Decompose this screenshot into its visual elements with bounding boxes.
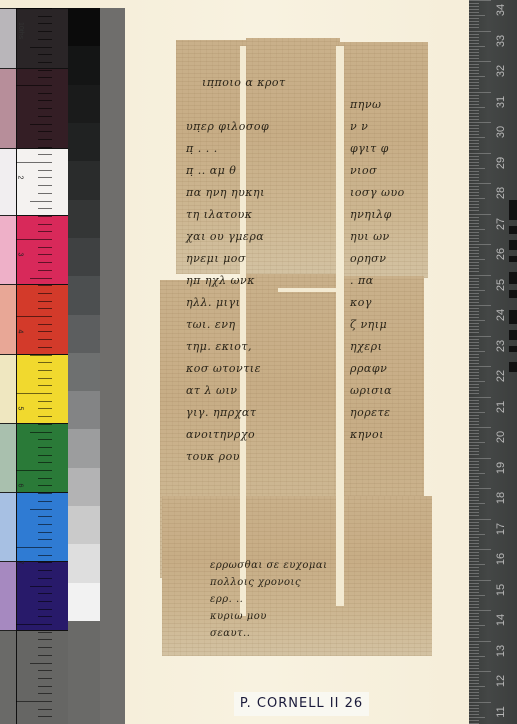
pastel-swatch [0,423,16,492]
pastel-color-column [0,8,16,724]
ruler-tick [469,418,479,419]
grayscale-step [68,85,100,124]
ruler-tick [469,70,479,71]
ruler-tick [469,92,491,93]
ruler-number: 13 [495,641,507,661]
ruler-tick [469,683,479,684]
ruler-tick [469,674,479,675]
ruler-tick [469,390,479,391]
ruler-tick [469,284,479,285]
ruler-tick [469,296,479,297]
ruler-tick [469,637,479,638]
ruler-tick [469,442,485,443]
ruler-tick [469,37,479,38]
ruler-tick [469,128,479,129]
ruler-tick [469,64,479,65]
ruler-tick [469,360,479,361]
papyrus-bottom-section [162,496,432,656]
ruler-tick [469,366,491,367]
saturated-swatch [16,68,68,148]
ruler-tick [469,210,479,211]
ruler-tick [469,381,485,382]
saturated-swatch [16,148,68,215]
ruler-tick [469,528,479,529]
grayscale-step [68,468,100,507]
grayscale-step [68,391,100,430]
ruler-number: 31 [495,92,507,112]
pastel-swatch [0,215,16,284]
ruler-number: 32 [495,61,507,81]
ruler-tick [469,375,479,376]
grayscale-step [68,8,100,47]
grayscale-step [68,429,100,468]
ruler-tick [469,323,479,324]
ruler-tick [469,311,479,312]
ruler-tick [469,229,485,230]
ruler-tick [469,372,479,373]
ruler-tick [469,226,479,227]
ruler-tick [469,250,479,251]
ruler-tick [469,207,479,208]
ruler-tick [469,275,491,276]
ruler-number: 33 [495,31,507,51]
pastel-swatch [0,8,16,68]
ruler-tick [469,18,479,19]
handwritten-line: τωι. ενη [186,318,236,331]
ruler-tick [469,198,485,199]
ruler-tick [469,415,479,416]
ruler-marking [509,200,517,220]
ruler-tick [469,293,479,294]
ruler-tick [469,67,479,68]
ruler-tick [469,305,491,306]
ruler-number: 18 [495,488,507,508]
ruler-tick [469,616,479,617]
ruler-number: 16 [495,549,507,569]
ruler-number: 27 [495,214,507,234]
ruler-number: 30 [495,122,507,142]
ruler-tick [469,378,479,379]
ruler-tick [469,589,479,590]
handwritten-closing-line: κυριω μου [210,611,267,622]
papyrus-gap-right [336,46,344,606]
ruler-tick [469,43,479,44]
ruler-tick [469,204,479,205]
ruler-tick [469,369,479,370]
ruler-tick [469,174,479,175]
ruler-tick [469,564,485,565]
ruler-tick [469,332,479,333]
ruler-tick [469,543,479,544]
ruler-tick [469,515,479,516]
ruler-tick [469,55,479,56]
handwritten-line: ν ν [350,120,368,133]
handwritten-line: ιοσγ ωυο [350,186,405,199]
ruler-tick [469,409,479,410]
ruler-tick [469,494,479,495]
ruler-tick [469,412,485,413]
ruler-marking [509,240,517,250]
ruler-number: 17 [495,519,507,539]
ruler-tick [469,613,479,614]
ruler-tick [469,711,479,712]
ruler-marking [509,256,517,262]
ruler-tick [469,339,479,340]
ruler-tick [469,140,479,141]
handwritten-line: κοσ ωτοντιε [186,362,261,375]
ruler-tick [469,531,479,532]
ruler-tick [469,73,479,74]
ruler-tick [469,653,479,654]
ruler-tick [469,357,479,358]
ruler-tick [469,619,479,620]
ruler-tick [469,363,479,364]
handwritten-closing-line: σεαυτ.. [210,628,250,639]
ruler-tick [469,308,479,309]
ruler-tick [469,610,491,611]
gray-card [100,8,125,724]
ruler-tick [469,512,479,513]
ruler-number: 21 [495,397,507,417]
pastel-swatch [0,492,16,561]
pastel-swatch [0,148,16,215]
handwritten-line: ιπ̣ποιο α κροτ [202,76,286,89]
ruler-tick [469,397,491,398]
ruler-tick [469,387,479,388]
ruler-tick [469,268,479,269]
ruler-tick [469,143,479,144]
ruler-tick [469,692,479,693]
ruler-number: 12 [495,671,507,691]
ruler-tick [469,302,479,303]
grayscale-step [68,161,100,200]
ruler-tick [469,567,479,568]
ruler-tick [469,61,491,62]
ruler-tick [469,583,479,584]
grayscale-step [68,238,100,277]
ruler-tick [469,186,479,187]
ruler-tick [469,287,479,288]
handwritten-line: ηορετε [350,406,391,419]
handwritten-closing-line: πολλοις χρονοις [210,577,301,588]
saturated-swatch [16,8,68,68]
ruler-tick [469,88,479,89]
ruler-number: 19 [495,458,507,478]
ruler-marking [509,330,517,340]
ruler-tick [469,430,479,431]
ruler-tick [469,149,479,150]
handwritten-line: πηνω [350,98,381,111]
ruler-tick [469,439,479,440]
ruler-tick [469,717,485,718]
ruler-tick [469,134,479,135]
ruler-tick [469,540,479,541]
ruler-tick [469,470,479,471]
ruler-tick [469,31,491,32]
ruler-tick [469,708,479,709]
ruler-tick [469,631,479,632]
ruler-tick [469,299,479,300]
ruler-tick [469,689,479,690]
ruler-tick [469,278,479,279]
saturated-swatch [16,423,68,492]
ruler-tick [469,519,491,520]
ruler-tick [469,46,485,47]
ruler-tick [469,192,479,193]
ruler-tick [469,235,479,236]
ruler-tick [469,647,479,648]
ruler-tick [469,644,479,645]
ruler-tick [469,482,479,483]
saturated-swatch [16,215,68,284]
ruler-tick [469,116,479,117]
ruler-marking [509,226,517,234]
ruler-number: 25 [495,275,507,295]
ruler-tick [469,24,479,25]
ruler-tick [469,15,485,16]
ruler-tick [469,451,479,452]
handwritten-line: ατ λ ωιν [186,384,237,397]
ruler-tick [469,406,479,407]
handwritten-line: χαι ου γμερα [186,230,264,243]
grayscale-step [68,200,100,239]
ruler-tick [469,351,485,352]
ruler-tick [469,467,479,468]
ruler-tick [469,595,485,596]
handwritten-line: κηνοι [350,428,384,441]
ruler-tick [469,98,479,99]
ruler-tick [469,659,479,660]
ruler-number: 20 [495,427,507,447]
ruler-tick [469,586,479,587]
ruler-number: 26 [495,244,507,264]
ruler-tick [469,622,479,623]
ruler-marking [509,290,517,298]
ruler-tick [469,573,479,574]
saturated-swatch [16,354,68,423]
ruler-tick [469,671,491,672]
grayscale-step-column [68,8,100,724]
ruler-tick [469,628,479,629]
handwritten-line: γιγ. ηπρχατ [186,406,256,419]
ruler-tick [469,153,491,154]
ruler-tick [469,714,479,715]
ruler-tick [469,6,479,7]
saturated-swatch [16,284,68,354]
ruler-tick [469,223,479,224]
ruler-tick [469,168,485,169]
ruler-tick [469,119,479,120]
ruler-tick [469,345,479,346]
ruler-tick [469,720,479,721]
ruler-tick [469,265,479,266]
pastel-swatch [0,561,16,630]
handwritten-line: πα ηνη ηυκηι [186,186,265,199]
ruler-tick [469,427,491,428]
ruler-tick [469,247,479,248]
handwritten-line: κογ [350,296,372,309]
ruler-tick [469,238,479,239]
ruler-tick [469,421,479,422]
ruler-tick [469,271,479,272]
grayscale-step [68,544,100,583]
handwritten-line: τη ιλατουκ [186,208,253,221]
handwritten-closing-line: ερρ. .. [210,594,243,605]
ruler-tick [469,656,485,657]
ruler-tick [469,665,479,666]
saturated-color-column [16,8,68,724]
ruler-tick [469,534,485,535]
ruler-tick [469,76,485,77]
ruler-tick [469,52,479,53]
ruler-tick [469,464,479,465]
ruler-tick [469,561,479,562]
ruler-tick [469,21,479,22]
ruler-tick [469,317,479,318]
pastel-swatch [0,630,16,724]
ruler-tick [469,262,479,263]
catalog-label: P. CORNELL II 26 [234,692,369,716]
saturated-swatch [16,492,68,561]
ruler-tick [469,445,479,446]
papyrus-tear-horizontal [278,288,338,292]
ruler-tick [469,598,479,599]
ruler-tick [469,601,479,602]
ruler-tick [469,549,491,550]
ruler-tick [469,384,479,385]
handwritten-line: νιοσ [350,164,377,177]
ruler-tick [469,162,479,163]
ruler-tick [469,625,485,626]
ruler-number: 29 [495,153,507,173]
grayscale-step [68,46,100,85]
saturated-swatch [16,561,68,630]
handwritten-closing-line: ερρωσθαι σε ευχομαι [210,560,328,571]
ruler-marking [509,362,517,372]
handwritten-line: ηχερι [350,340,382,353]
ruler-tick [469,522,479,523]
ruler-tick [469,650,479,651]
grayscale-step [68,276,100,315]
ruler-tick [469,537,479,538]
ruler-tick [469,433,479,434]
ruler-tick [469,171,479,172]
ruler-tick [469,79,479,80]
handwritten-line: τημ. εκιοτ, [186,340,252,353]
ruler-tick [469,461,479,462]
ruler-tick [469,473,485,474]
ruler-number: 11 [495,702,507,722]
grayscale-step [68,315,100,354]
ruler-tick [469,232,479,233]
ruler-tick [469,217,479,218]
ruler-tick [469,400,479,401]
ruler-tick [469,592,479,593]
ruler-tick [469,104,479,105]
ruler-tick [469,604,479,605]
ruler-tick [469,448,479,449]
ruler-tick [469,85,479,86]
ruler-tick [469,705,479,706]
ruler-tick [469,677,479,678]
ruler-tick [469,436,479,437]
handwritten-line: ανοιτηνρχο [186,428,255,441]
ruler-tick [469,9,479,10]
ruler-number: 22 [495,366,507,386]
ruler-number: 24 [495,305,507,325]
ruler-marking [509,272,517,284]
ruler-tick [469,686,485,687]
ruler-tick [469,49,479,50]
pastel-swatch [0,68,16,148]
grayscale-step [68,583,100,622]
ruler-tick [469,680,479,681]
ruler-tick [469,342,479,343]
handwritten-line: ωρισια [350,384,392,397]
ruler-marking [509,346,517,352]
grayscale-step [68,123,100,162]
ruler-tick [469,503,485,504]
ruler-number: 15 [495,580,507,600]
ruler-tick [469,95,479,96]
ruler-tick [469,607,479,608]
ruler-tick [469,58,479,59]
pastel-swatch [0,284,16,354]
ruler-tick [469,201,479,202]
ruler-tick [469,122,491,123]
papyrus-fragment: ιπ̣ποιο α κροτυπ̣ερ φιλοσοφπ̣ . . .π̣ ..… [158,36,442,664]
ruler-tick [469,668,479,669]
right-ruler: 3433323130292827262524232221201918171615… [469,0,517,724]
handwritten-line: ηνεμι μοσ [186,252,246,265]
grayscale-step [68,353,100,392]
handwritten-line: υπ̣ερ φιλοσοφ [186,120,269,133]
ruler-tick [469,348,479,349]
ruler-tick [469,424,479,425]
handwritten-line: ηυι ων [350,230,390,243]
ruler-tick [469,354,479,355]
ruler-tick [469,702,491,703]
ruler-tick [469,580,491,581]
ruler-tick [469,82,479,83]
ruler-tick [469,497,479,498]
ruler-tick [469,485,479,486]
ruler-tick [469,320,485,321]
ruler-tick [469,393,479,394]
ruler-tick [469,552,479,553]
ruler-tick [469,214,491,215]
ruler-tick [469,253,479,254]
ruler-tick [469,183,491,184]
ruler-tick [469,220,479,221]
ruler-tick [469,698,479,699]
ruler-tick [469,137,485,138]
ruler-tick [469,314,479,315]
ruler-tick [469,491,479,492]
ruler-tick [469,146,479,147]
ruler-tick [469,500,479,501]
handwritten-line: φγιτ φ [350,142,389,155]
ruler-tick [469,570,479,571]
ruler-tick [469,695,479,696]
ruler-tick [469,488,491,489]
ruler-tick [469,131,479,132]
ruler-tick [469,281,479,282]
ruler-tick [469,159,479,160]
handwritten-line: ζ νηιμ [350,318,387,331]
ruler-marking [509,310,517,324]
ruler-tick [469,3,479,4]
